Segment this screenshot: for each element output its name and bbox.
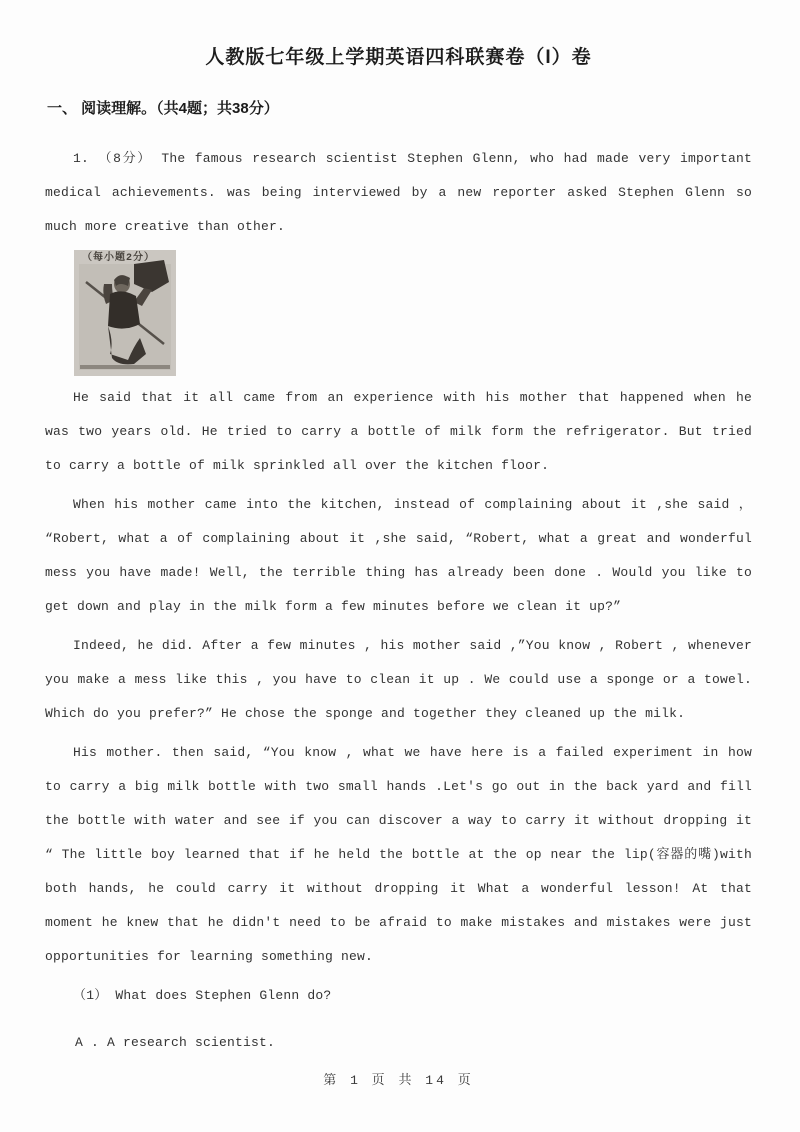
section-heading-reading-comprehension: 一、 阅读理解。（共4题；共38分） xyxy=(47,100,752,118)
question-1-option-a: A . A research scientist. xyxy=(45,1026,752,1060)
scanned-child-photo: （每小题2分） xyxy=(74,250,176,376)
passage-intro-paragraph: 1. （8分） The famous research scientist St… xyxy=(45,142,752,244)
passage-paragraph-5: His mother. then said, “You know , what … xyxy=(45,736,752,974)
passage-paragraph-4: Indeed, he did. After a few minutes , hi… xyxy=(45,629,752,731)
passage-paragraph-3: When his mother came into the kitchen, i… xyxy=(45,488,752,624)
page-title: 人教版七年级上学期英语四科联赛卷（I）卷 xyxy=(45,0,752,71)
exam-page: 人教版七年级上学期英语四科联赛卷（I）卷 一、 阅读理解。（共4题；共38分） … xyxy=(0,0,800,1088)
photo-caption: （每小题2分） xyxy=(82,250,155,264)
child-photo-illustration: （每小题2分） xyxy=(74,250,176,376)
question-1: （1） What does Stephen Glenn do? xyxy=(45,979,752,1013)
reading-passage: 1. （8分） The famous research scientist St… xyxy=(45,142,752,1060)
page-number-footer: 第 1 页 共 14 页 xyxy=(45,1069,752,1088)
passage-paragraph-2: He said that it all came from an experie… xyxy=(45,381,752,483)
